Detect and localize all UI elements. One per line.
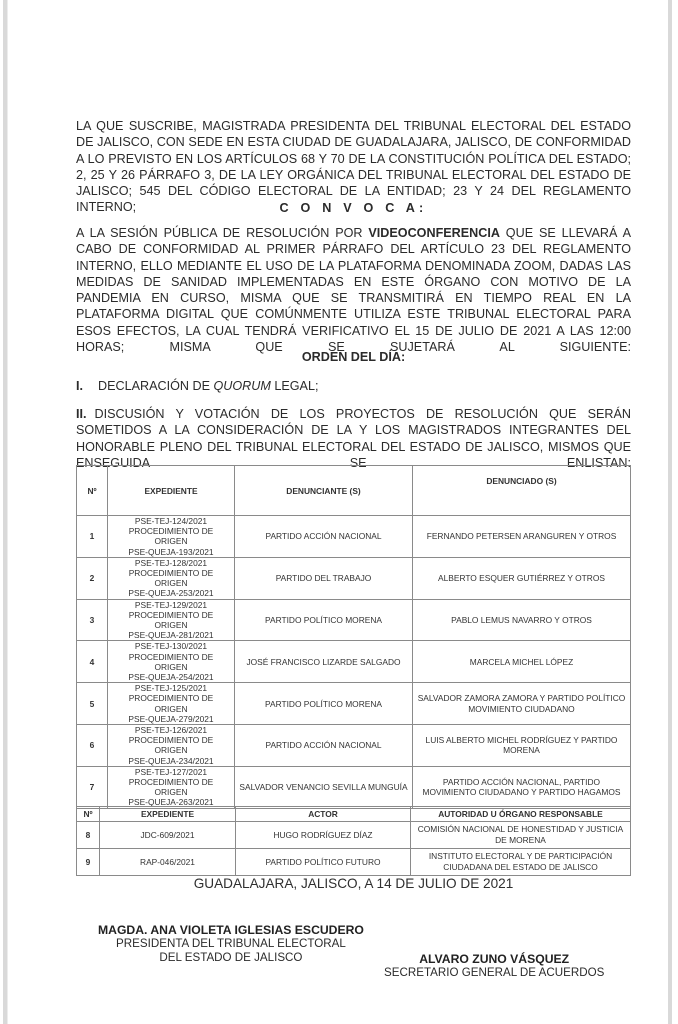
row-number: 2 [77, 557, 108, 599]
denunciado-cell: PARTIDO ACCIÓN NACIONAL, PARTIDO MOVIMIE… [413, 766, 631, 808]
expediente-cell: PSE-TEJ-126/2021PROCEDIMIENTO DEORIGENPS… [108, 725, 235, 767]
cases-table-pse: Nº EXPEDIENTE DENUNCIANTE (S) DENUNCIADO… [76, 465, 631, 809]
actor-cell: PARTIDO POLÍTICO FUTURO [236, 849, 411, 876]
expediente-cell: PSE-TEJ-130/2021PROCEDIMIENTO DEORIGENPS… [108, 641, 235, 683]
row-number: 8 [77, 822, 100, 849]
date-line: GUADALAJARA, JALISCO, A 14 DE JULIO DE 2… [76, 876, 631, 891]
table-header-row: Nº EXPEDIENTE ACTOR AUTORIDAD U ÓRGANO R… [77, 807, 631, 822]
row-number: 9 [77, 849, 100, 876]
row-number: 4 [77, 641, 108, 683]
actor-cell: HUGO RODRÍGUEZ DÍAZ [236, 822, 411, 849]
expediente-line: PSE-QUEJA-253/2021 [110, 588, 232, 598]
autoridad-cell: COMISIÓN NACIONAL DE HONESTIDAD Y JUSTIC… [411, 822, 631, 849]
header-denunciante: DENUNCIANTE (S) [235, 466, 413, 516]
table-row: 5PSE-TEJ-125/2021PROCEDIMIENTO DEORIGENP… [77, 683, 631, 725]
agenda-item-1: I.DECLARACIÓN DE QUORUM LEGAL; [76, 378, 318, 394]
expediente-line: ORIGEN [110, 745, 232, 755]
expediente-line: PSE-TEJ-124/2021 [110, 516, 232, 526]
expediente-line: PROCEDIMIENTO DE [110, 652, 232, 662]
table-row: 9RAP-046/2021PARTIDO POLÍTICO FUTUROINST… [77, 849, 631, 876]
expediente-cell: PSE-TEJ-125/2021PROCEDIMIENTO DEORIGENPS… [108, 683, 235, 725]
signature-left-role: PRESIDENTA DEL TRIBUNAL ELECTORAL [98, 937, 364, 951]
signature-right-role: SECRETARIO GENERAL DE ACUERDOS [384, 966, 604, 980]
table-row: 7PSE-TEJ-127/2021PROCEDIMIENTO DEORIGENP… [77, 766, 631, 808]
header-denunciado: DENUNCIADO (S) [413, 466, 631, 516]
expediente-cell: PSE-TEJ-129/2021PROCEDIMIENTO DEORIGENPS… [108, 599, 235, 641]
expediente-cell: PSE-TEJ-128/2021PROCEDIMIENTO DEORIGENPS… [108, 557, 235, 599]
expediente-line: ORIGEN [110, 578, 232, 588]
signature-left-role-2: DEL ESTADO DE JALISCO [98, 951, 364, 965]
denunciante-cell: PARTIDO ACCIÓN NACIONAL [235, 516, 413, 558]
row-number: 6 [77, 725, 108, 767]
expediente-cell: PSE-TEJ-127/2021PROCEDIMIENTO DEORIGENPS… [108, 766, 235, 808]
expediente-line: PROCEDIMIENTO DE [110, 735, 232, 745]
expediente-cell: RAP-046/2021 [100, 849, 236, 876]
row-number: 5 [77, 683, 108, 725]
denunciado-cell: SALVADOR ZAMORA ZAMORA Y PARTIDO POLÍTIC… [413, 683, 631, 725]
table-row: 8JDC-609/2021HUGO RODRÍGUEZ DÍAZCOMISIÓN… [77, 822, 631, 849]
denunciante-cell: PARTIDO POLÍTICO MORENA [235, 599, 413, 641]
header-actor: ACTOR [236, 807, 411, 822]
expediente-line: ORIGEN [110, 620, 232, 630]
agenda-item-1-italic: QUORUM [213, 379, 270, 393]
agenda-item-1-text-end: LEGAL; [271, 379, 319, 393]
page-edge-left-line [7, 0, 8, 1024]
agenda-item-2-number: II. [76, 406, 95, 422]
expediente-line: PSE-QUEJA-234/2021 [110, 756, 232, 766]
table-row: 6PSE-TEJ-126/2021PROCEDIMIENTO DEORIGENP… [77, 725, 631, 767]
signature-left-name: MAGDA. ANA VIOLETA IGLESIAS ESCUDERO [98, 923, 364, 937]
table-row: 1PSE-TEJ-124/2021PROCEDIMIENTO DEORIGENP… [77, 516, 631, 558]
autoridad-cell: INSTITUTO ELECTORAL Y DE PARTICIPACIÓN C… [411, 849, 631, 876]
header-autoridad: AUTORIDAD U ÓRGANO RESPONSABLE [411, 807, 631, 822]
expediente-line: PROCEDIMIENTO DE [110, 693, 232, 703]
signature-left: MAGDA. ANA VIOLETA IGLESIAS ESCUDERO PRE… [98, 923, 364, 966]
page-edge-right [668, 0, 672, 1024]
header-number: Nº [77, 466, 108, 516]
denunciado-cell: MARCELA MICHEL LÓPEZ [413, 641, 631, 683]
header-expediente: EXPEDIENTE [100, 807, 236, 822]
expediente-line: PSE-TEJ-126/2021 [110, 725, 232, 735]
row-number: 7 [77, 766, 108, 808]
table-row: 3PSE-TEJ-129/2021PROCEDIMIENTO DEORIGENP… [77, 599, 631, 641]
expediente-line: PSE-QUEJA-281/2021 [110, 630, 232, 640]
expediente-line: PROCEDIMIENTO DE [110, 777, 232, 787]
convoca-heading: C O N V O C A: [76, 201, 631, 215]
denunciante-cell: JOSÉ FRANCISCO LIZARDE SALGADO [235, 641, 413, 683]
agenda-item-2-text: DISCUSIÓN Y VOTACIÓN DE LOS PROYECTOS DE… [76, 407, 631, 470]
expediente-line: PSE-QUEJA-193/2021 [110, 547, 232, 557]
expediente-line: ORIGEN [110, 704, 232, 714]
denunciado-cell: ALBERTO ESQUER GUTIÉRREZ Y OTROS [413, 557, 631, 599]
row-number: 3 [77, 599, 108, 641]
orden-del-dia-heading: ORDEN DEL DÍA: [76, 350, 631, 364]
expediente-line: PSE-QUEJA-254/2021 [110, 672, 232, 682]
table-row: 2PSE-TEJ-128/2021PROCEDIMIENTO DEORIGENP… [77, 557, 631, 599]
denunciante-cell: PARTIDO POLÍTICO MORENA [235, 683, 413, 725]
session-text-before: A LA SESIÓN PÚBLICA DE RESOLUCIÓN POR [76, 226, 368, 240]
denunciante-cell: PARTIDO ACCIÓN NACIONAL [235, 725, 413, 767]
agenda-item-1-text: DECLARACIÓN DE [98, 379, 213, 393]
expediente-line: ORIGEN [110, 787, 232, 797]
session-text-bold: VIDEOCONFERENCIA [368, 226, 500, 240]
denunciante-cell: SALVADOR VENANCIO SEVILLA MUNGUÍA [235, 766, 413, 808]
table-row: 4PSE-TEJ-130/2021PROCEDIMIENTO DEORIGENP… [77, 641, 631, 683]
expediente-cell: JDC-609/2021 [100, 822, 236, 849]
denunciado-cell: PABLO LEMUS NAVARRO Y OTROS [413, 599, 631, 641]
header-expediente: EXPEDIENTE [108, 466, 235, 516]
denunciante-cell: PARTIDO DEL TRABAJO [235, 557, 413, 599]
signature-right-name: ALVARO ZUNO VÁSQUEZ [384, 952, 604, 966]
session-text-after: QUE SE LLEVARÁ A CABO DE CONFORMIDAD AL … [76, 226, 631, 354]
header-number: Nº [77, 807, 100, 822]
agenda-item-1-number: I. [76, 378, 98, 394]
expediente-line: ORIGEN [110, 536, 232, 546]
expediente-line: PSE-QUEJA-279/2021 [110, 714, 232, 724]
cases-table-jdc-rap: Nº EXPEDIENTE ACTOR AUTORIDAD U ÓRGANO R… [76, 806, 631, 876]
expediente-line: PROCEDIMIENTO DE [110, 610, 232, 620]
expediente-line: PROCEDIMIENTO DE [110, 568, 232, 578]
row-number: 1 [77, 516, 108, 558]
signature-right: ALVARO ZUNO VÁSQUEZ SECRETARIO GENERAL D… [384, 952, 604, 980]
expediente-cell: PSE-TEJ-124/2021PROCEDIMIENTO DEORIGENPS… [108, 516, 235, 558]
expediente-line: PSE-TEJ-129/2021 [110, 600, 232, 610]
denunciado-cell: LUIS ALBERTO MICHEL RODRÍGUEZ Y PARTIDO … [413, 725, 631, 767]
expediente-line: PROCEDIMIENTO DE [110, 526, 232, 536]
expediente-line: PSE-TEJ-125/2021 [110, 683, 232, 693]
expediente-line: ORIGEN [110, 662, 232, 672]
expediente-line: PSE-TEJ-130/2021 [110, 641, 232, 651]
expediente-line: PSE-TEJ-128/2021 [110, 558, 232, 568]
table-header-row: Nº EXPEDIENTE DENUNCIANTE (S) DENUNCIADO… [77, 466, 631, 516]
denunciado-cell: FERNANDO PETERSEN ARANGUREN Y OTROS [413, 516, 631, 558]
expediente-line: PSE-TEJ-127/2021 [110, 767, 232, 777]
